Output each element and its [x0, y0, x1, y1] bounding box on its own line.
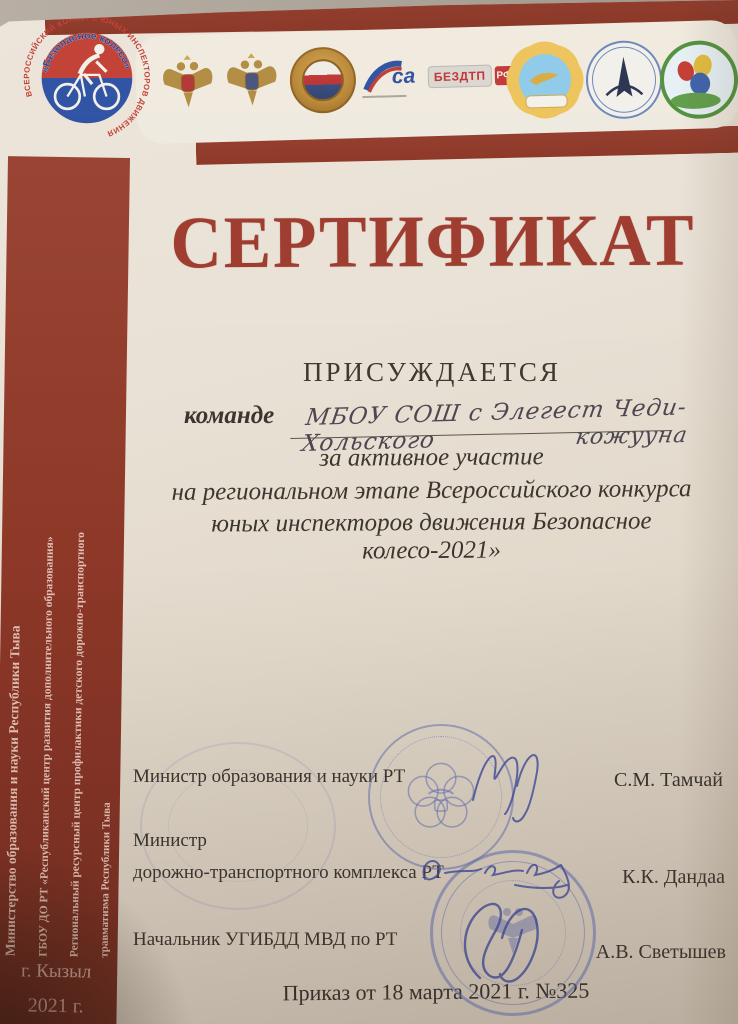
ministry-stamp-flower — [402, 758, 480, 836]
faint-round-stamp — [140, 742, 336, 910]
signature-name-2: К.К. Дандаа — [622, 866, 725, 889]
mvd-stamp — [430, 850, 596, 1016]
certificate-title: СЕРТИФИКАТ — [152, 198, 715, 286]
signature-name-1: С.М. Тамчай — [614, 769, 723, 792]
certificate-paper: са БЕЗДТП РФ — [0, 0, 738, 1024]
reason-line-2: на региональном этапе Всероссийского кон… — [145, 475, 718, 507]
signature-name-3: А.В. Светышев — [596, 941, 726, 964]
recipient-label: команде — [184, 402, 274, 430]
awarded-label: ПРИСУЖДАЕТСЯ — [140, 357, 724, 388]
reason-line-3: юных инспекторов движения Безопасное кол… — [145, 507, 718, 567]
ministry-education-stamp — [368, 724, 514, 870]
order-reference: Приказ от 18 марта 2021 г. №325 — [140, 976, 732, 1007]
mvd-stamp-eagle — [478, 898, 548, 968]
signature-position-3: Начальник УГИБДД МВД по РТ — [133, 929, 397, 951]
certificate-photo: са БЕЗДТП РФ — [0, 0, 738, 1024]
faint-stamp-inner-ring — [168, 770, 308, 882]
certificate-content: СЕРТИФИКАТ ПРИСУЖДАЕТСЯ команде МБОУ СОШ… — [0, 0, 738, 1024]
reason-line-1: за активное участие — [145, 442, 718, 474]
